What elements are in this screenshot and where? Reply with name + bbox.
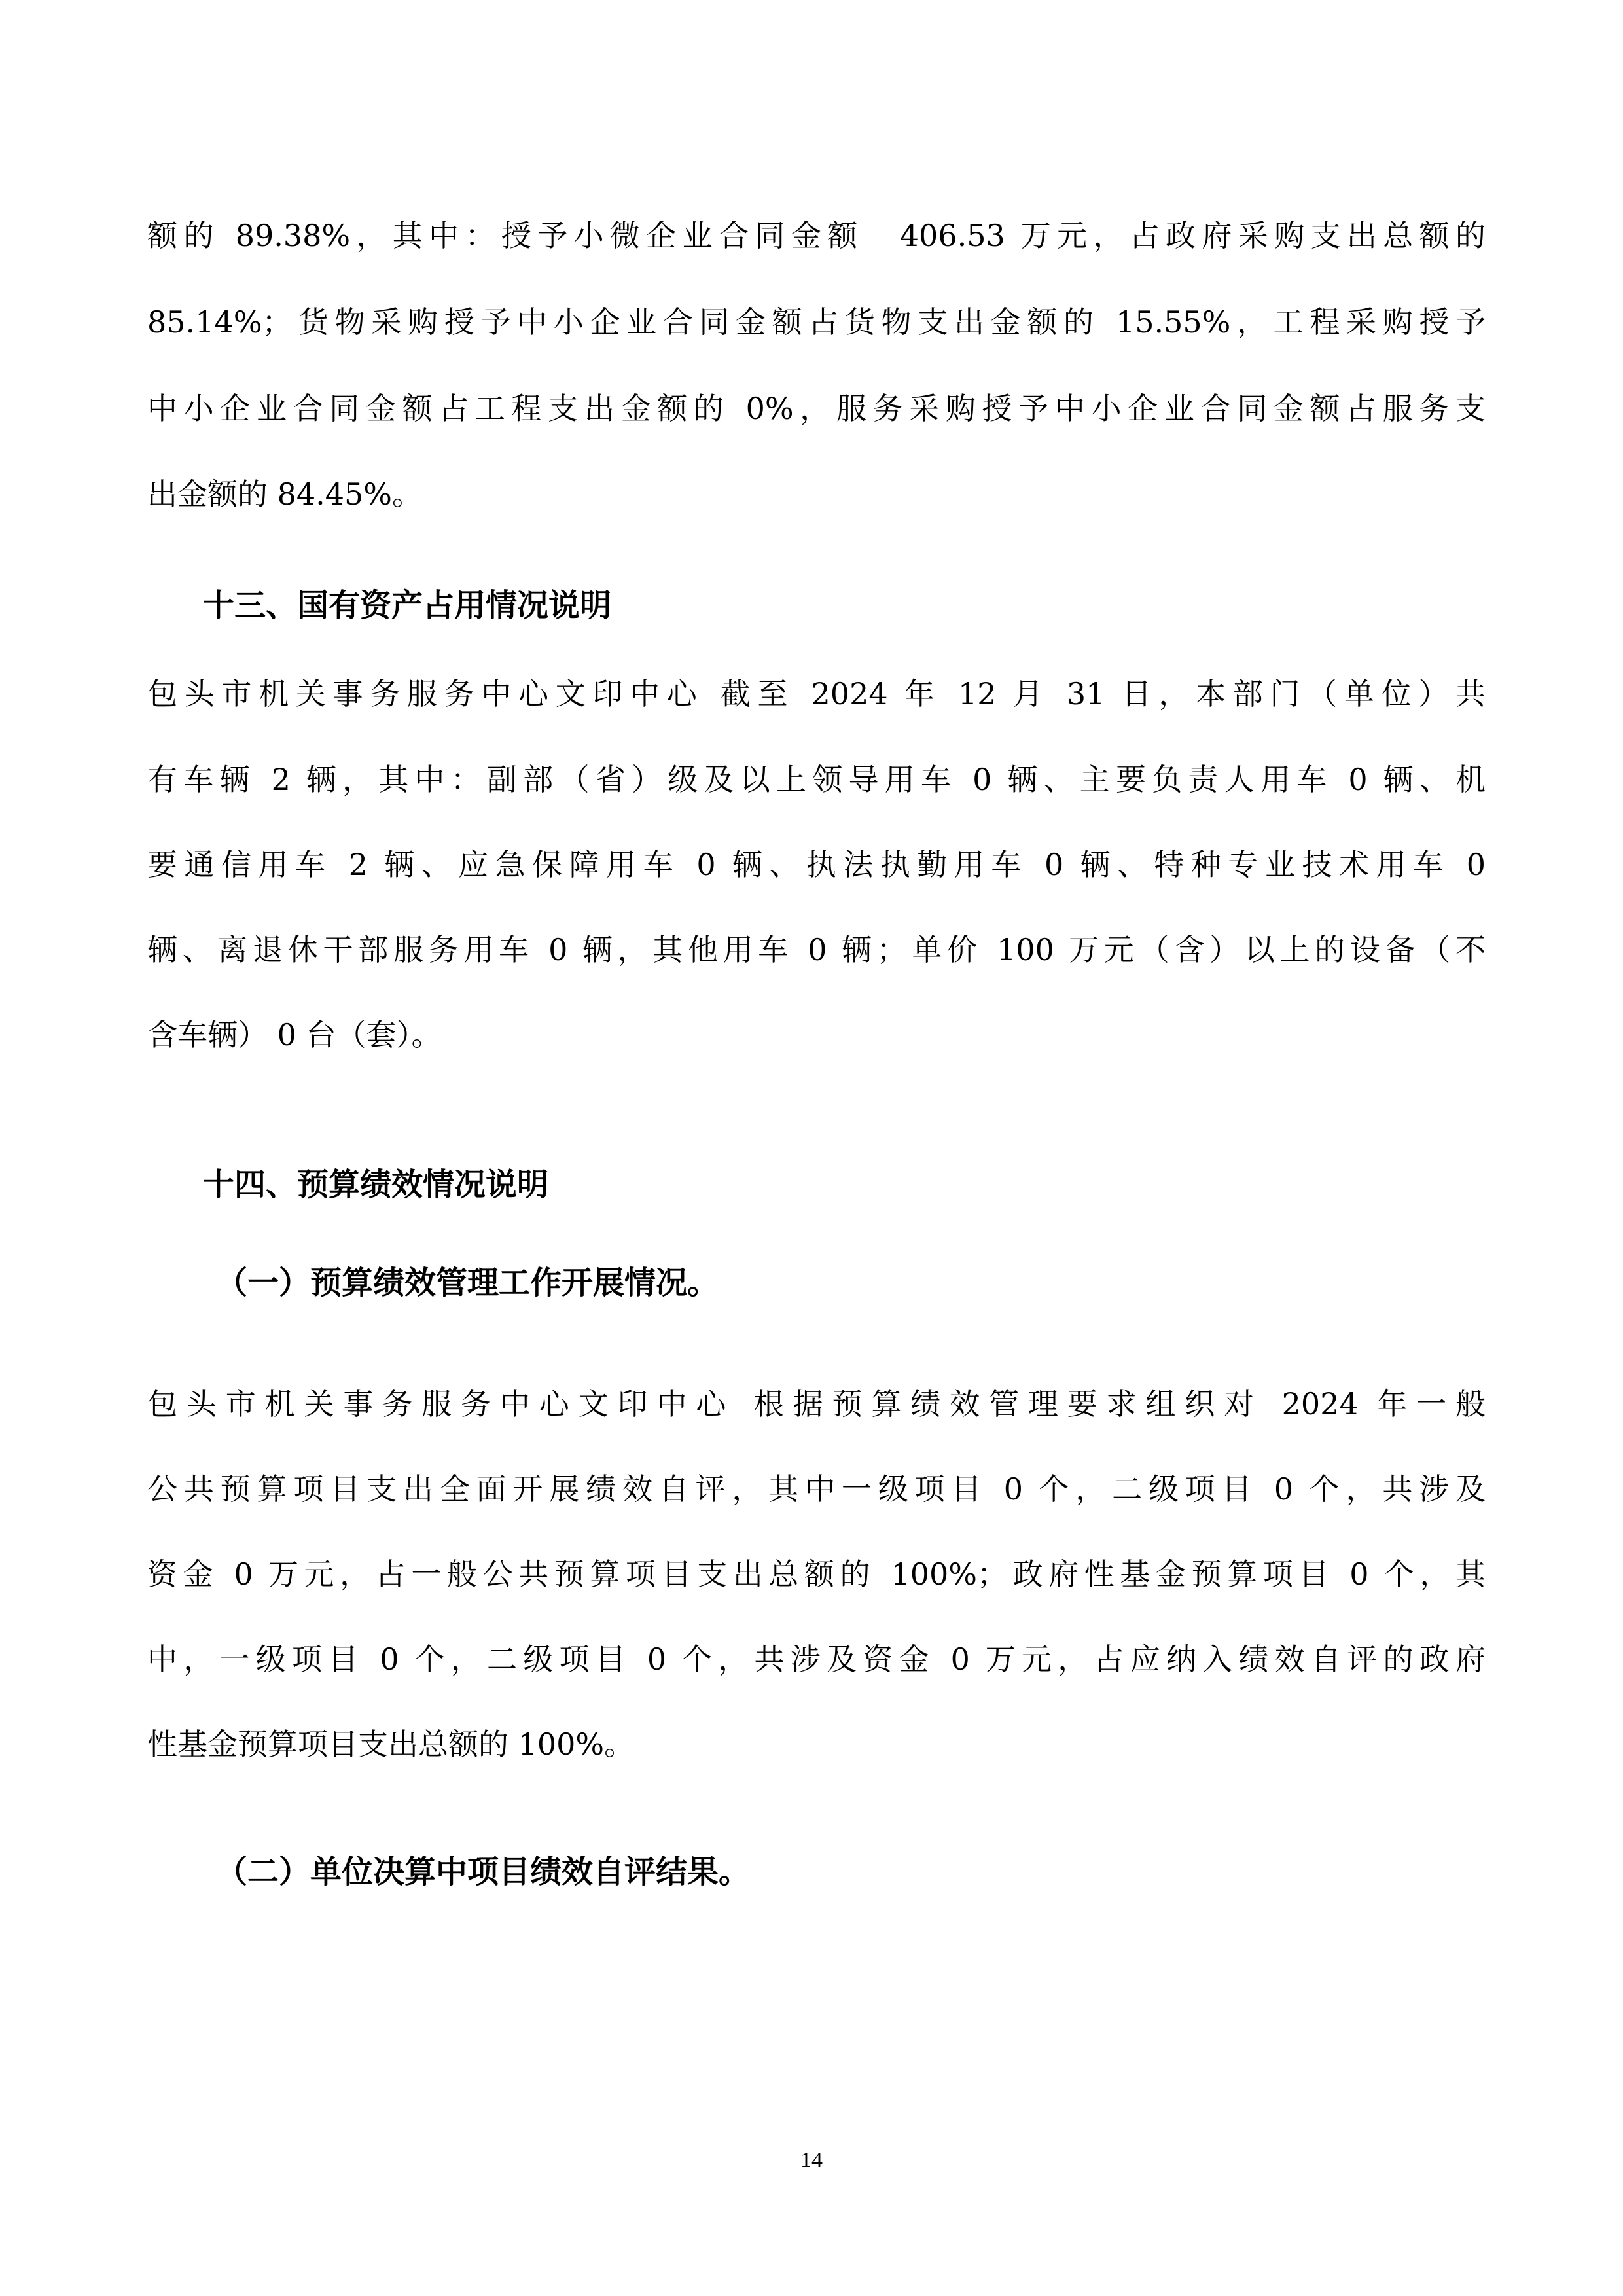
section-heading-13: 十三、国有资产占用情况说明	[203, 586, 611, 625]
paragraph-line: 含车辆） 0 台（套）。	[147, 1015, 1486, 1054]
paragraph-line: 包头市机关事务服务中心文印中心 根据预算绩效管理要求组织对 2024 年一般	[147, 1384, 1486, 1424]
paragraph-line: 公共预算项目支出全面开展绩效自评，其中一级项目 0 个，二级项目 0 个，共涉及	[147, 1469, 1486, 1509]
subsection-heading-2: （二）单位决算中项目绩效自评结果。	[216, 1852, 750, 1892]
section-heading-14: 十四、预算绩效情况说明	[203, 1165, 548, 1204]
subsection-heading-1: （一）预算绩效管理工作开展情况。	[216, 1263, 719, 1302]
paragraph-line: 中，一级项目 0 个，二级项目 0 个，共涉及资金 0 万元，占应纳入绩效自评的…	[147, 1640, 1486, 1679]
paragraph-line: 性基金预算项目支出总额的 100%。	[147, 1725, 1486, 1764]
document-page: 额的 89.38%，其中：授予小微企业合同金额 406.53 万元，占政府采购支…	[0, 0, 1623, 2296]
paragraph-line: 出金额的 84.45%。	[147, 475, 1486, 514]
paragraph-line: 85.14%；货物采购授予中小企业合同金额占货物支出金额的 15.55%，工程采…	[147, 302, 1486, 342]
paragraph-line: 辆、离退休干部服务用车 0 辆，其他用车 0 辆；单价 100 万元（含）以上的…	[147, 930, 1486, 969]
paragraph-line: 有车辆 2 辆，其中：副部（省）级及以上领导用车 0 辆、主要负责人用车 0 辆…	[147, 760, 1486, 799]
paragraph-line: 要通信用车 2 辆、应急保障用车 0 辆、执法执勤用车 0 辆、特种专业技术用车…	[147, 845, 1486, 884]
page-number: 14	[0, 2148, 1623, 2173]
paragraph-line: 资金 0 万元，占一般公共预算项目支出总额的 100%；政府性基金预算项目 0 …	[147, 1554, 1486, 1594]
paragraph-line: 额的 89.38%，其中：授予小微企业合同金额 406.53 万元，占政府采购支…	[147, 216, 1486, 255]
paragraph-line: 包头市机关事务服务中心文印中心 截至 2024 年 12 月 31 日，本部门（…	[147, 674, 1486, 713]
paragraph-line: 中小企业合同金额占工程支出金额的 0%，服务采购授予中小企业合同金额占服务支	[147, 389, 1486, 428]
